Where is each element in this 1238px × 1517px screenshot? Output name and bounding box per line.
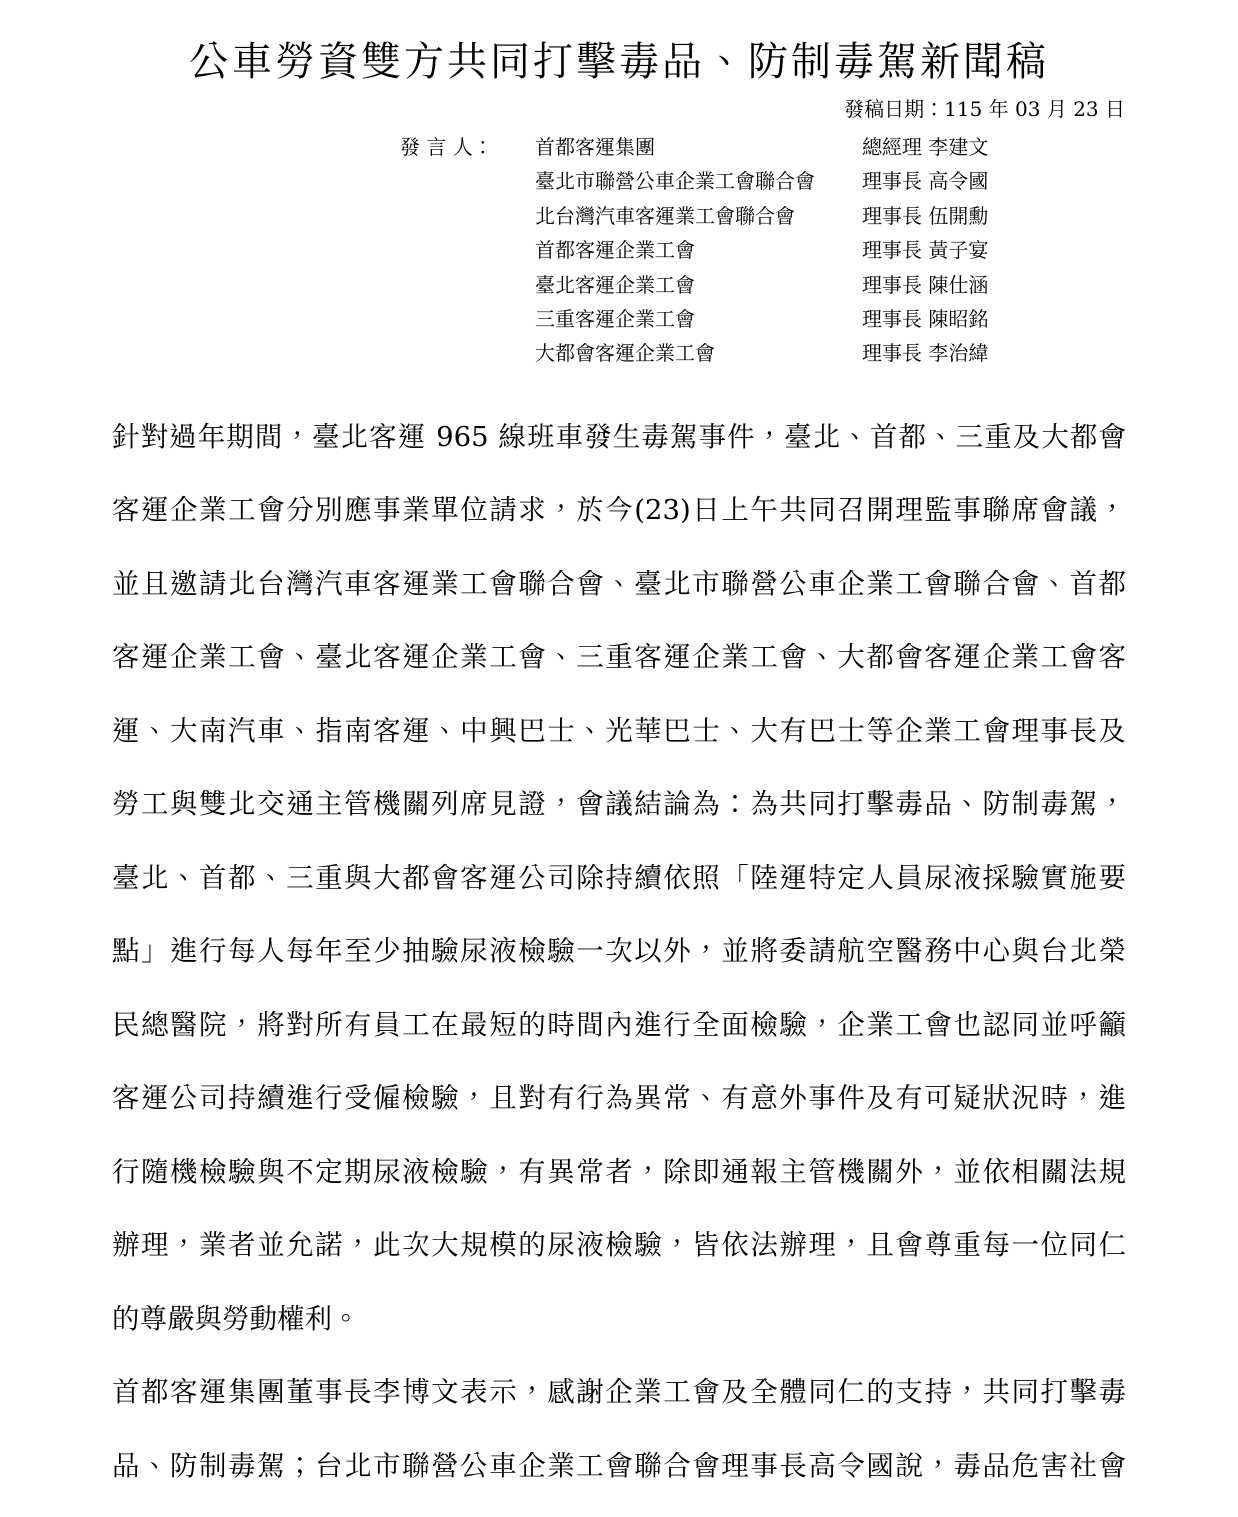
body-line: 運、大南汽車、指南客運、中興巴士、光華巴士、大有巴士等企業工會理事長及 [112, 695, 1126, 769]
body-line: 客運企業工會、臺北客運企業工會、三重客運企業工會、大都會客運企業工會客 [112, 621, 1126, 695]
speaker-label [400, 164, 535, 198]
document-title: 公車勞資雙方共同打擊毒品、防制毒駕新聞稿 [0, 0, 1238, 92]
body-line: 客運企業工會分別應事業單位請求，於今(23)日上午共同召開理監事聯席會議， [112, 474, 1126, 548]
body-line: 首都客運集團董事長李博文表示，感謝企業工會及全體同仁的支持，共同打擊毒 [112, 1356, 1126, 1430]
speaker-label [400, 336, 535, 370]
speaker-label [400, 233, 535, 267]
publish-date: 發稿日期：115 年 03 月 23 日 [0, 94, 1238, 124]
speaker-person: 理事長 高令國 [862, 164, 1238, 198]
document-page: 公車勞資雙方共同打擊毒品、防制毒駕新聞稿 發稿日期：115 年 03 月 23 … [0, 0, 1238, 1517]
speaker-org: 臺北客運企業工會 [535, 268, 862, 302]
body-line: 勞工與雙北交通主管機關列席見證，會議結論為：為共同打擊毒品、防制毒駕， [112, 768, 1126, 842]
body-line: 並且邀請北台灣汽車客運業工會聯合會、臺北市聯營公車企業工會聯合會、首都 [112, 548, 1126, 622]
speakers-block: 發 言 人：首都客運集團總經理 李建文臺北市聯營公車企業工會聯合會理事長 高令國… [400, 130, 1238, 371]
body-line: 民總醫院，將對所有員工在最短的時間內進行全面檢驗，企業工會也認同並呼籲 [112, 989, 1126, 1063]
speaker-person: 總經理 李建文 [862, 130, 1238, 164]
body-line: 點」進行每人每年至少抽驗尿液檢驗一次以外，並將委請航空醫務中心與台北榮 [112, 915, 1126, 989]
speaker-org: 大都會客運企業工會 [535, 336, 862, 370]
speaker-person: 理事長 李治緯 [862, 336, 1238, 370]
speaker-org: 首都客運企業工會 [535, 233, 862, 267]
body-line: 品、防制毒駕；台北市聯營公車企業工會聯合會理事長高令國說，毒品危害社會 [112, 1430, 1126, 1504]
speaker-row: 大都會客運企業工會理事長 李治緯 [400, 336, 1238, 370]
speaker-row: 北台灣汽車客運業工會聯合會理事長 伍開勳 [400, 199, 1238, 233]
speaker-org: 三重客運企業工會 [535, 302, 862, 336]
speaker-row: 臺北市聯營公車企業工會聯合會理事長 高令國 [400, 164, 1238, 198]
speaker-label [400, 199, 535, 233]
body-paragraph: 針對過年期間，臺北客運 965 線班車發生毒駕事件，臺北、首都、三重及大都會客運… [112, 401, 1126, 1357]
speaker-row: 臺北客運企業工會理事長 陳仕涵 [400, 268, 1238, 302]
speaker-label: 發 言 人： [400, 130, 535, 164]
document-body: 針對過年期間，臺北客運 965 線班車發生毒駕事件，臺北、首都、三重及大都會客運… [112, 401, 1126, 1504]
speaker-row: 首都客運企業工會理事長 黃子宴 [400, 233, 1238, 267]
speaker-org: 首都客運集團 [535, 130, 862, 164]
speaker-person: 理事長 黃子宴 [862, 233, 1238, 267]
speaker-row: 三重客運企業工會理事長 陳昭銘 [400, 302, 1238, 336]
speaker-person: 理事長 陳仕涵 [862, 268, 1238, 302]
speaker-label [400, 302, 535, 336]
speaker-person: 理事長 陳昭銘 [862, 302, 1238, 336]
body-line: 的尊嚴與勞動權利。 [112, 1283, 1126, 1357]
body-paragraph: 首都客運集團董事長李博文表示，感謝企業工會及全體同仁的支持，共同打擊毒品、防制毒… [112, 1356, 1126, 1503]
speaker-org: 北台灣汽車客運業工會聯合會 [535, 199, 862, 233]
body-line: 臺北、首都、三重與大都會客運公司除持續依照「陸運特定人員尿液採驗實施要 [112, 842, 1126, 916]
speaker-person: 理事長 伍開勳 [862, 199, 1238, 233]
speaker-row: 發 言 人：首都客運集團總經理 李建文 [400, 130, 1238, 164]
body-line: 針對過年期間，臺北客運 965 線班車發生毒駕事件，臺北、首都、三重及大都會 [112, 401, 1126, 475]
speaker-label [400, 268, 535, 302]
body-line: 行隨機檢驗與不定期尿液檢驗，有異常者，除即通報主管機關外，並依相關法規 [112, 1136, 1126, 1210]
body-line: 辦理，業者並允諾，此次大規模的尿液檢驗，皆依法辦理，且會尊重每一位同仁 [112, 1209, 1126, 1283]
body-line: 客運公司持續進行受僱檢驗，且對有行為異常、有意外事件及有可疑狀況時，進 [112, 1062, 1126, 1136]
speaker-org: 臺北市聯營公車企業工會聯合會 [535, 164, 862, 198]
